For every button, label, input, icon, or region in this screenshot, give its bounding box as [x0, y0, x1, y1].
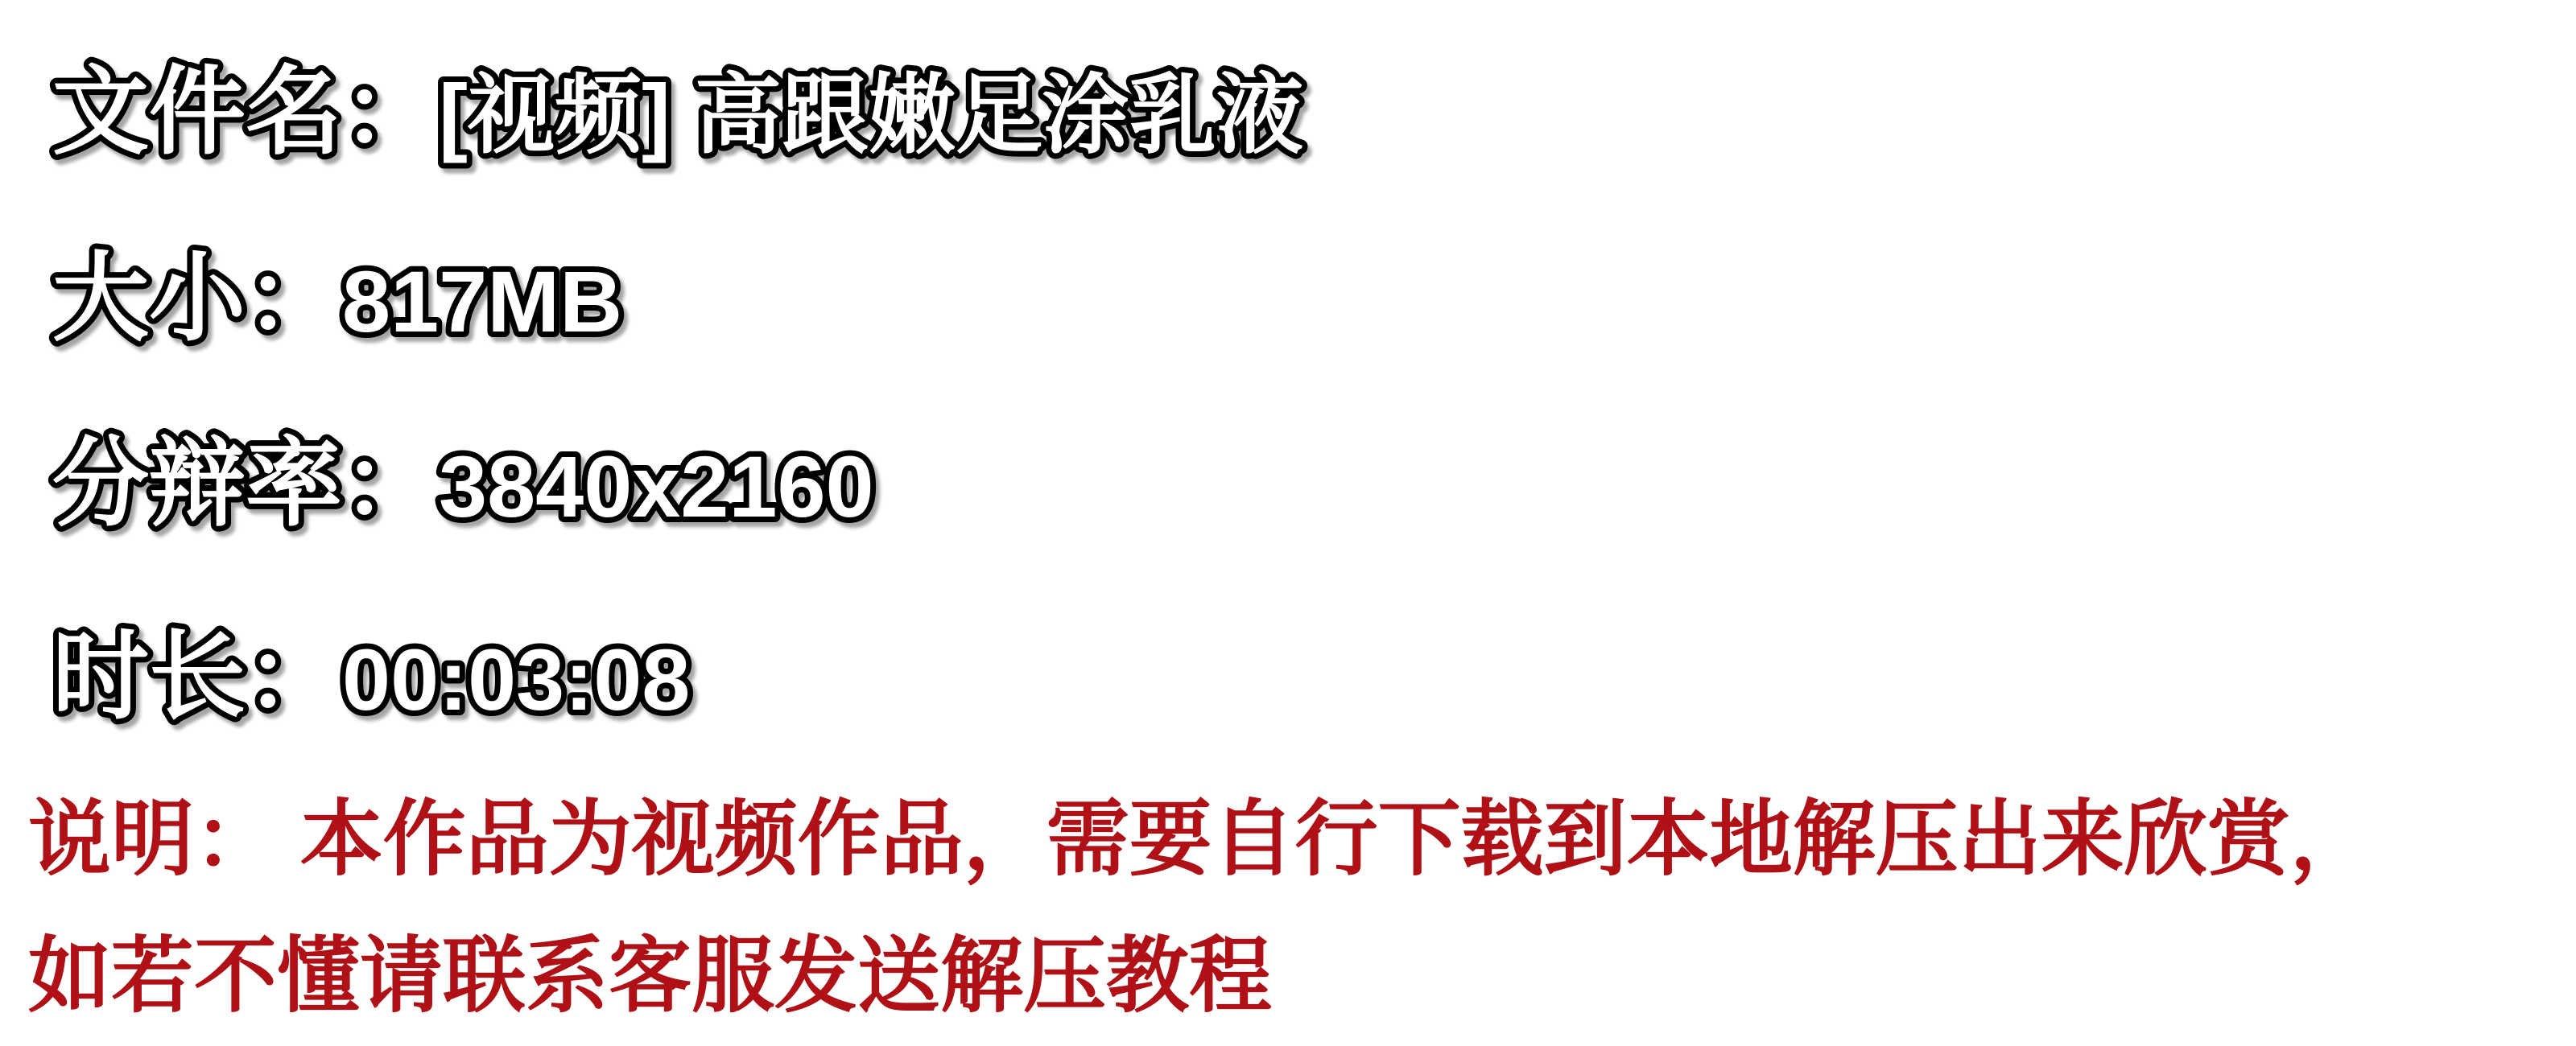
field-row-size: 大小：817MB — [52, 245, 622, 352]
size-value: 817MB — [342, 253, 622, 350]
filename-label: 文件名： — [52, 58, 439, 166]
field-row-resolution: 分辩率：3840x2160 — [52, 430, 874, 537]
note-block: 说明： 本作品为视频作品，需要自行下载到本地解压出来欣赏， 如若不懂请联系客服发… — [28, 793, 2373, 1022]
file-info-fields: 文件名：[视频] 高跟嫩足涂乳液 大小：817MB 分辩率：3840x2160 … — [52, 58, 1303, 731]
resolution-value: 3840x2160 — [439, 438, 874, 535]
size-label: 大小： — [52, 245, 342, 352]
field-row-duration: 时长：00:03:08 — [52, 623, 690, 731]
file-info-canvas: 文件名：[视频] 高跟嫩足涂乳液 大小：817MB 分辩率：3840x2160 … — [0, 0, 2576, 1046]
resolution-label: 分辩率： — [52, 430, 439, 537]
file-info-page: 文件名：[视频] 高跟嫩足涂乳液 大小：817MB 分辩率：3840x2160 … — [0, 0, 2576, 1046]
duration-value: 00:03:08 — [342, 631, 690, 728]
duration-label: 时长： — [52, 623, 342, 731]
filename-value: [视频] 高跟嫩足涂乳液 — [439, 66, 1303, 163]
note-line-2: 如若不懂请联系客服发送解压教程 — [28, 929, 1272, 1022]
note-line-1: 说明： 本作品为视频作品，需要自行下载到本地解压出来欣赏， — [28, 793, 2373, 886]
field-row-filename: 文件名：[视频] 高跟嫩足涂乳液 — [52, 58, 1303, 166]
